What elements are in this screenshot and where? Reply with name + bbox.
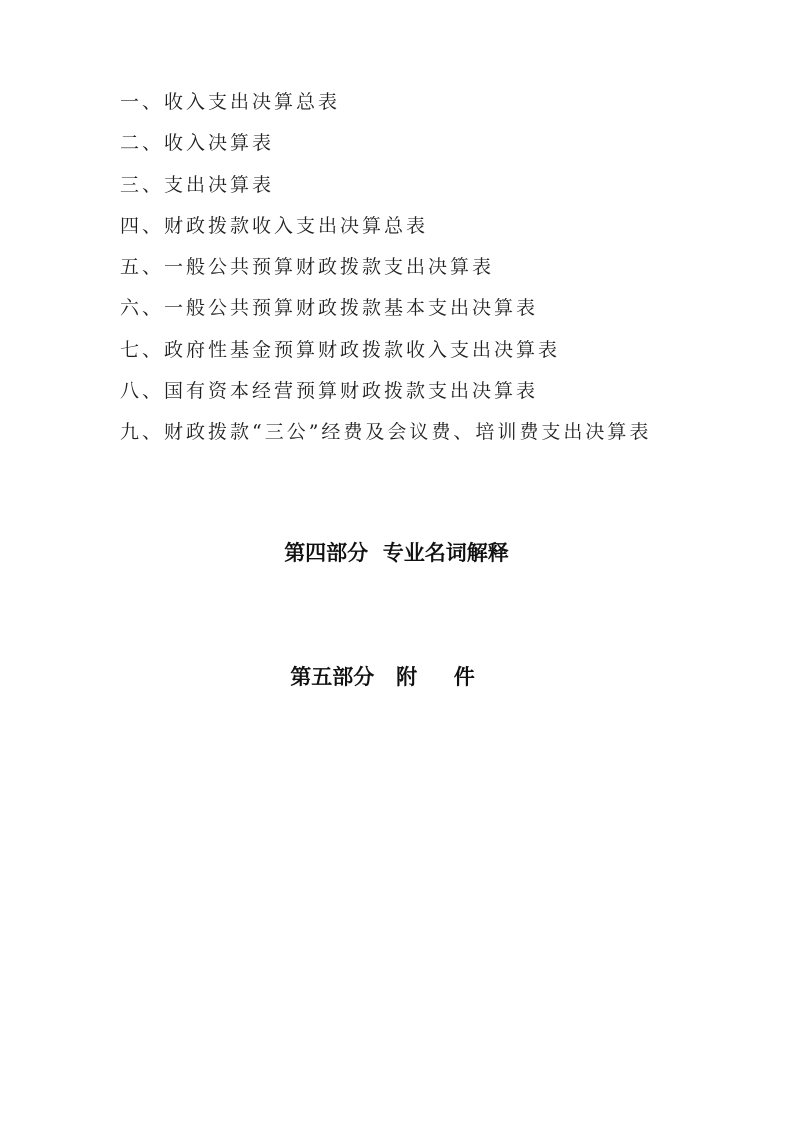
list-item: 八、国有资本经营预算财政拨款支出决算表 <box>120 371 651 412</box>
list-item: 六、一般公共预算财政拨款基本支出决算表 <box>120 288 651 329</box>
list-item: 七、政府性基金预算财政拨款收入支出决算表 <box>120 330 651 371</box>
list-item: 九、财政拨款“三公”经费及会议费、培训费支出决算表 <box>120 412 651 453</box>
section-heading-part4: 第四部分 专业名词解释 <box>0 537 793 567</box>
list-item: 一、收入支出决算总表 <box>120 82 651 123</box>
list-item: 三、支出决算表 <box>120 165 651 206</box>
table-list: 一、收入支出决算总表 二、收入决算表 三、支出决算表 四、财政拨款收入支出决算总… <box>120 82 651 454</box>
list-item: 四、财政拨款收入支出决算总表 <box>120 206 651 247</box>
list-item: 五、一般公共预算财政拨款支出决算表 <box>120 247 651 288</box>
section-heading-part5: 第五部分 附 件 <box>0 661 779 691</box>
list-item: 二、收入决算表 <box>120 123 651 164</box>
